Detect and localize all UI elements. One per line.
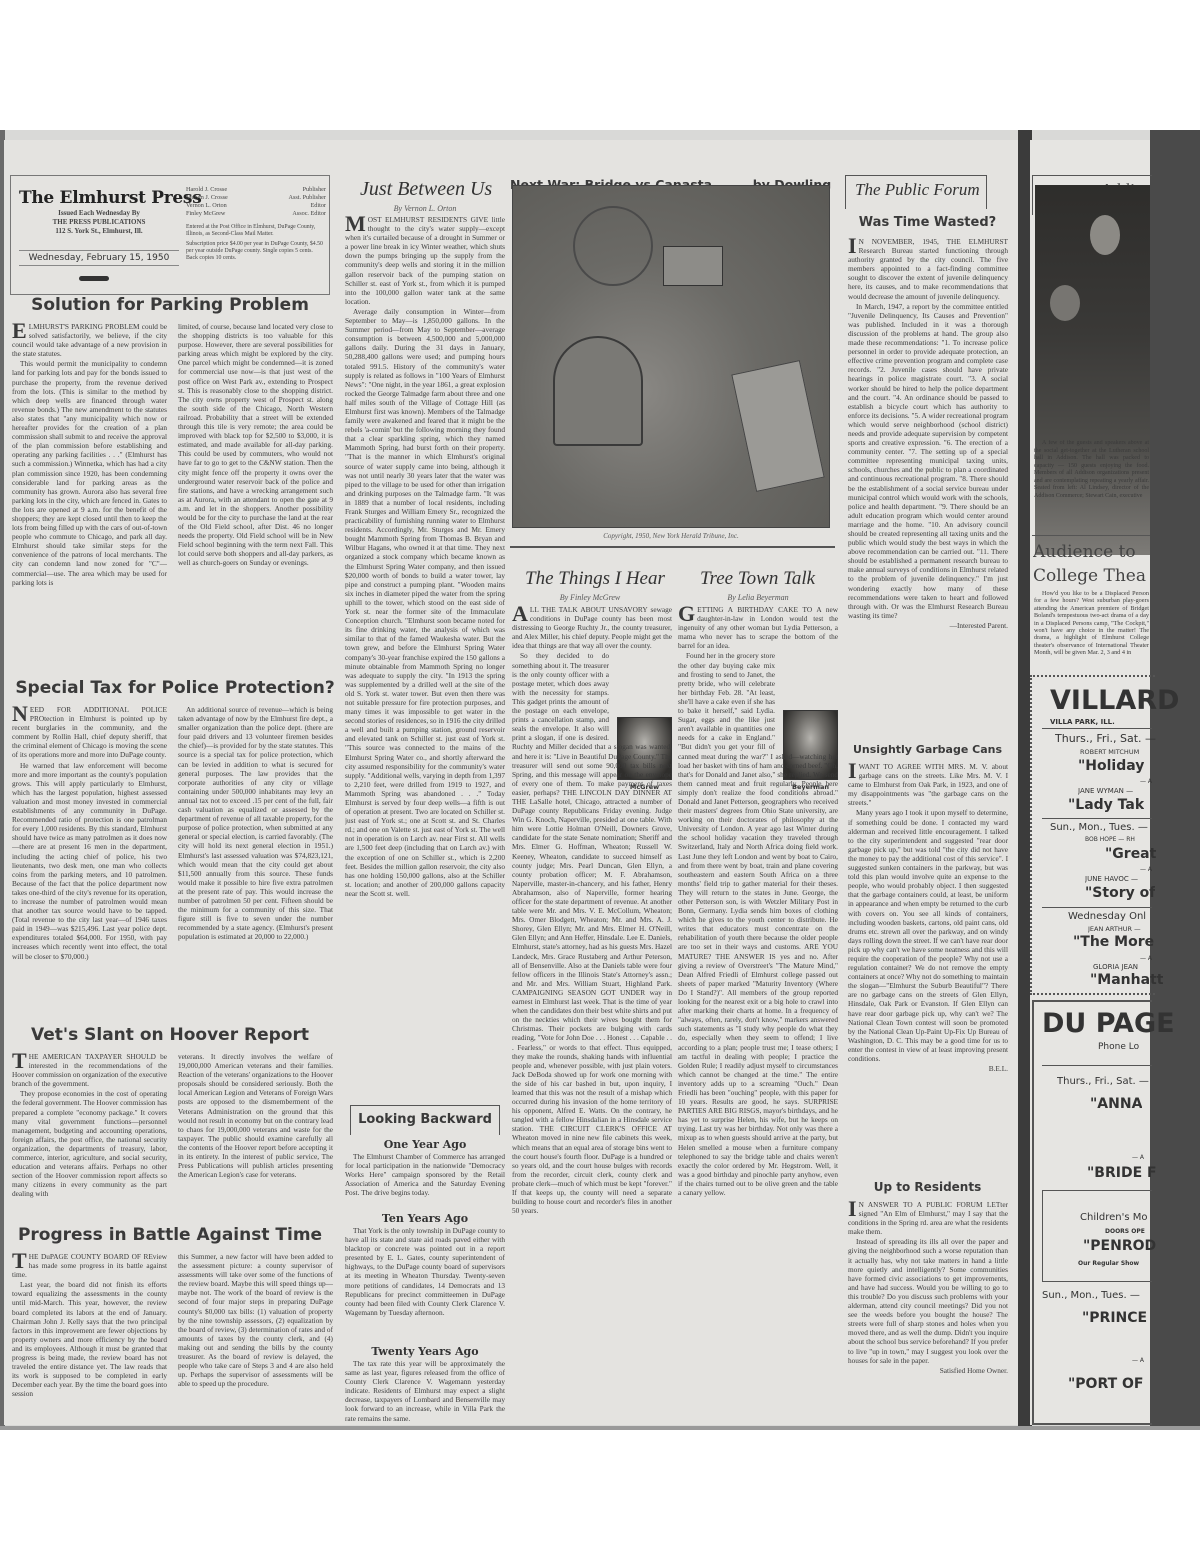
byline-orton: By Vernon L. Orton bbox=[345, 204, 505, 213]
dupage-line: "ANNA bbox=[1090, 1096, 1142, 1112]
villard-line: JANE WYMAN — bbox=[1078, 787, 1133, 795]
headline-progress: Progress in Battle Against Time bbox=[10, 1225, 330, 1245]
villard-line: Sun., Mon., Tues. — bbox=[1050, 822, 1148, 833]
headline-just-between-us: Just Between Us bbox=[360, 178, 492, 201]
villard-line: "Great bbox=[1105, 846, 1156, 862]
villard-line: "Holiday bbox=[1078, 758, 1144, 774]
headline-up-to-residents: Up to Residents bbox=[845, 1180, 1010, 1194]
headline-hoover: Vet's Slant on Hoover Report bbox=[10, 1025, 330, 1045]
dupage-line: — A bbox=[1132, 1154, 1144, 1161]
headline-time-wasted: Was Time Wasted? bbox=[845, 215, 1010, 230]
villard-line: JEAN ARTHUR — bbox=[1088, 925, 1141, 933]
article-hoover-col2: veterans. It directly involves the welfa… bbox=[178, 1052, 333, 1202]
issue-date: Wednesday, February 15, 1950 bbox=[19, 250, 179, 266]
childrens-matinee-box bbox=[1042, 1190, 1152, 1282]
villard-line: — A bbox=[1140, 955, 1152, 962]
villard-line: BOB HOPE — RH bbox=[1085, 836, 1135, 843]
letter-garbage-cans: IWANT TO AGREE WITH MRS. M. V. about gar… bbox=[848, 762, 1008, 1167]
ornament-icon bbox=[79, 276, 109, 281]
divider bbox=[510, 546, 835, 548]
article-progress-col2: this Summer, a new factor will have been… bbox=[178, 1252, 333, 1420]
headline-things-i-hear: The Things I Hear bbox=[525, 568, 665, 590]
section-public-forum: The Public Forum bbox=[855, 180, 980, 200]
byline-mcgrew: By Finley McGrew bbox=[510, 593, 670, 602]
villard-line: "Story of bbox=[1085, 885, 1155, 901]
villard-line: JUNE HAVOC — bbox=[1085, 875, 1138, 883]
villard-location: VILLA PARK, ILL. bbox=[1050, 718, 1115, 726]
text-one-year: The Elmhurst Chamber of Commerce has arr… bbox=[345, 1152, 505, 1200]
villard-line: GLORIA JEAN bbox=[1093, 963, 1138, 971]
cartoon-caption: Copyright, 1950, New York Herald Tribune… bbox=[512, 532, 830, 540]
theater-headline: Audience to College Thea bbox=[1033, 540, 1150, 588]
headline-tree-town-talk: Tree Town Talk bbox=[700, 568, 815, 590]
villard-line: ROBERT MITCHUM bbox=[1080, 748, 1139, 756]
headline-looking-backward: Looking Backward bbox=[350, 1112, 500, 1127]
byline-beyerman: By Lelia Beyerman bbox=[678, 593, 838, 602]
page-bottom-edge bbox=[0, 1426, 1200, 1430]
divider bbox=[1032, 535, 1150, 536]
letter-up-to-residents: IN ANSWER TO A PUBLIC FORUM LETter signe… bbox=[848, 1200, 1008, 1410]
dupage-line: DOORS OPE bbox=[1105, 1228, 1145, 1235]
article-police-col2: An additional source of revenue—which is… bbox=[178, 705, 333, 1005]
masthead-info: Issued Each Wednesday By THE PRESS PUBLI… bbox=[19, 209, 179, 236]
article-just-between-us: MOST ELMHURST RESIDENTS GIVE little thou… bbox=[345, 215, 505, 1095]
villard-line: — A bbox=[1140, 866, 1152, 873]
dupage-line: Sun., Mon., Tues. — bbox=[1042, 1290, 1140, 1301]
article-tree-town-talk: GETTING A BIRTHDAY CAKE TO A new daughte… bbox=[678, 605, 838, 1420]
article-progress-col1: THE DuPAGE COUNTY BOARD OF REview has ma… bbox=[12, 1252, 167, 1420]
villard-line: "Lady Tak bbox=[1068, 797, 1144, 813]
headline-parking: Solution for Parking Problem bbox=[10, 295, 330, 315]
dupage-line: Thurs., Fri., Sat. — bbox=[1057, 1076, 1149, 1087]
headline-garbage-cans: Unsightly Garbage Cans bbox=[845, 743, 1010, 756]
villard-line: "Manhatt bbox=[1090, 972, 1163, 988]
staff-list: Harold J. CrossePublisher Melvin J. Cros… bbox=[186, 186, 326, 218]
article-things-i-hear: ALL THE TALK ABOUT UNSAVORY sewage condi… bbox=[512, 605, 672, 1420]
dupage-line: "PENROD bbox=[1083, 1238, 1156, 1254]
page-shadow bbox=[1150, 130, 1200, 1430]
article-hoover-col1: THE AMERICAN TAXPAYER SHOULD be interest… bbox=[12, 1052, 167, 1202]
text-twenty-years: The tax rate this year will be approxima… bbox=[345, 1359, 505, 1421]
villard-line: Wednesday Onl bbox=[1068, 911, 1146, 922]
dupage-line: Our Regular Show bbox=[1078, 1260, 1139, 1267]
text-ten-years: That York is the only township in DuPage… bbox=[345, 1226, 505, 1336]
dupage-line: Children's Mo bbox=[1080, 1212, 1148, 1223]
subhead-twenty-years: Twenty Years Ago bbox=[345, 1345, 505, 1358]
dupage-phone: Phone Lo bbox=[1098, 1042, 1139, 1052]
villard-line: "The More bbox=[1073, 934, 1154, 950]
headline-police: Special Tax for Police Protection? bbox=[10, 678, 340, 698]
dupage-line: — A bbox=[1132, 1357, 1144, 1364]
subhead-one-year: One Year Ago bbox=[345, 1138, 505, 1151]
addison-caption: A few of the guests and speakers above a… bbox=[1034, 440, 1149, 520]
masthead: The Elmhurst Press Issued Each Wednesday… bbox=[10, 175, 330, 295]
villard-name: VILLARD bbox=[1050, 685, 1179, 716]
editorial-cartoon bbox=[512, 185, 830, 528]
letter-time-wasted: IN NOVEMBER, 1945, THE ELMHURST Research… bbox=[848, 237, 1008, 737]
dupage-line: "PORT OF bbox=[1068, 1376, 1144, 1392]
villard-line: — A bbox=[1140, 778, 1152, 785]
villard-line: Thurs., Fri., Sat. — bbox=[1055, 732, 1156, 745]
postal-notes: Entered at the Post Office in Elmhurst, … bbox=[186, 224, 326, 262]
masthead-title: The Elmhurst Press bbox=[19, 188, 201, 208]
article-parking-col2: limited, of course, because land located… bbox=[178, 322, 333, 664]
dupage-name: DU PAGE bbox=[1042, 1008, 1175, 1039]
theater-story: How'd you like to be a Displaced Person … bbox=[1034, 590, 1149, 672]
dupage-line: "PRINCE bbox=[1082, 1310, 1147, 1326]
dupage-line: "BRIDE F bbox=[1087, 1165, 1157, 1181]
article-police-col1: NEED FOR ADDITIONAL POLICE PROtection in… bbox=[12, 705, 167, 1005]
subhead-ten-years: Ten Years Ago bbox=[345, 1212, 505, 1225]
scanned-page: The Elmhurst Press Issued Each Wednesday… bbox=[0, 130, 1200, 1430]
article-parking-col1: ELMHURST'S PARKING PROBLEM could be solv… bbox=[12, 322, 167, 664]
